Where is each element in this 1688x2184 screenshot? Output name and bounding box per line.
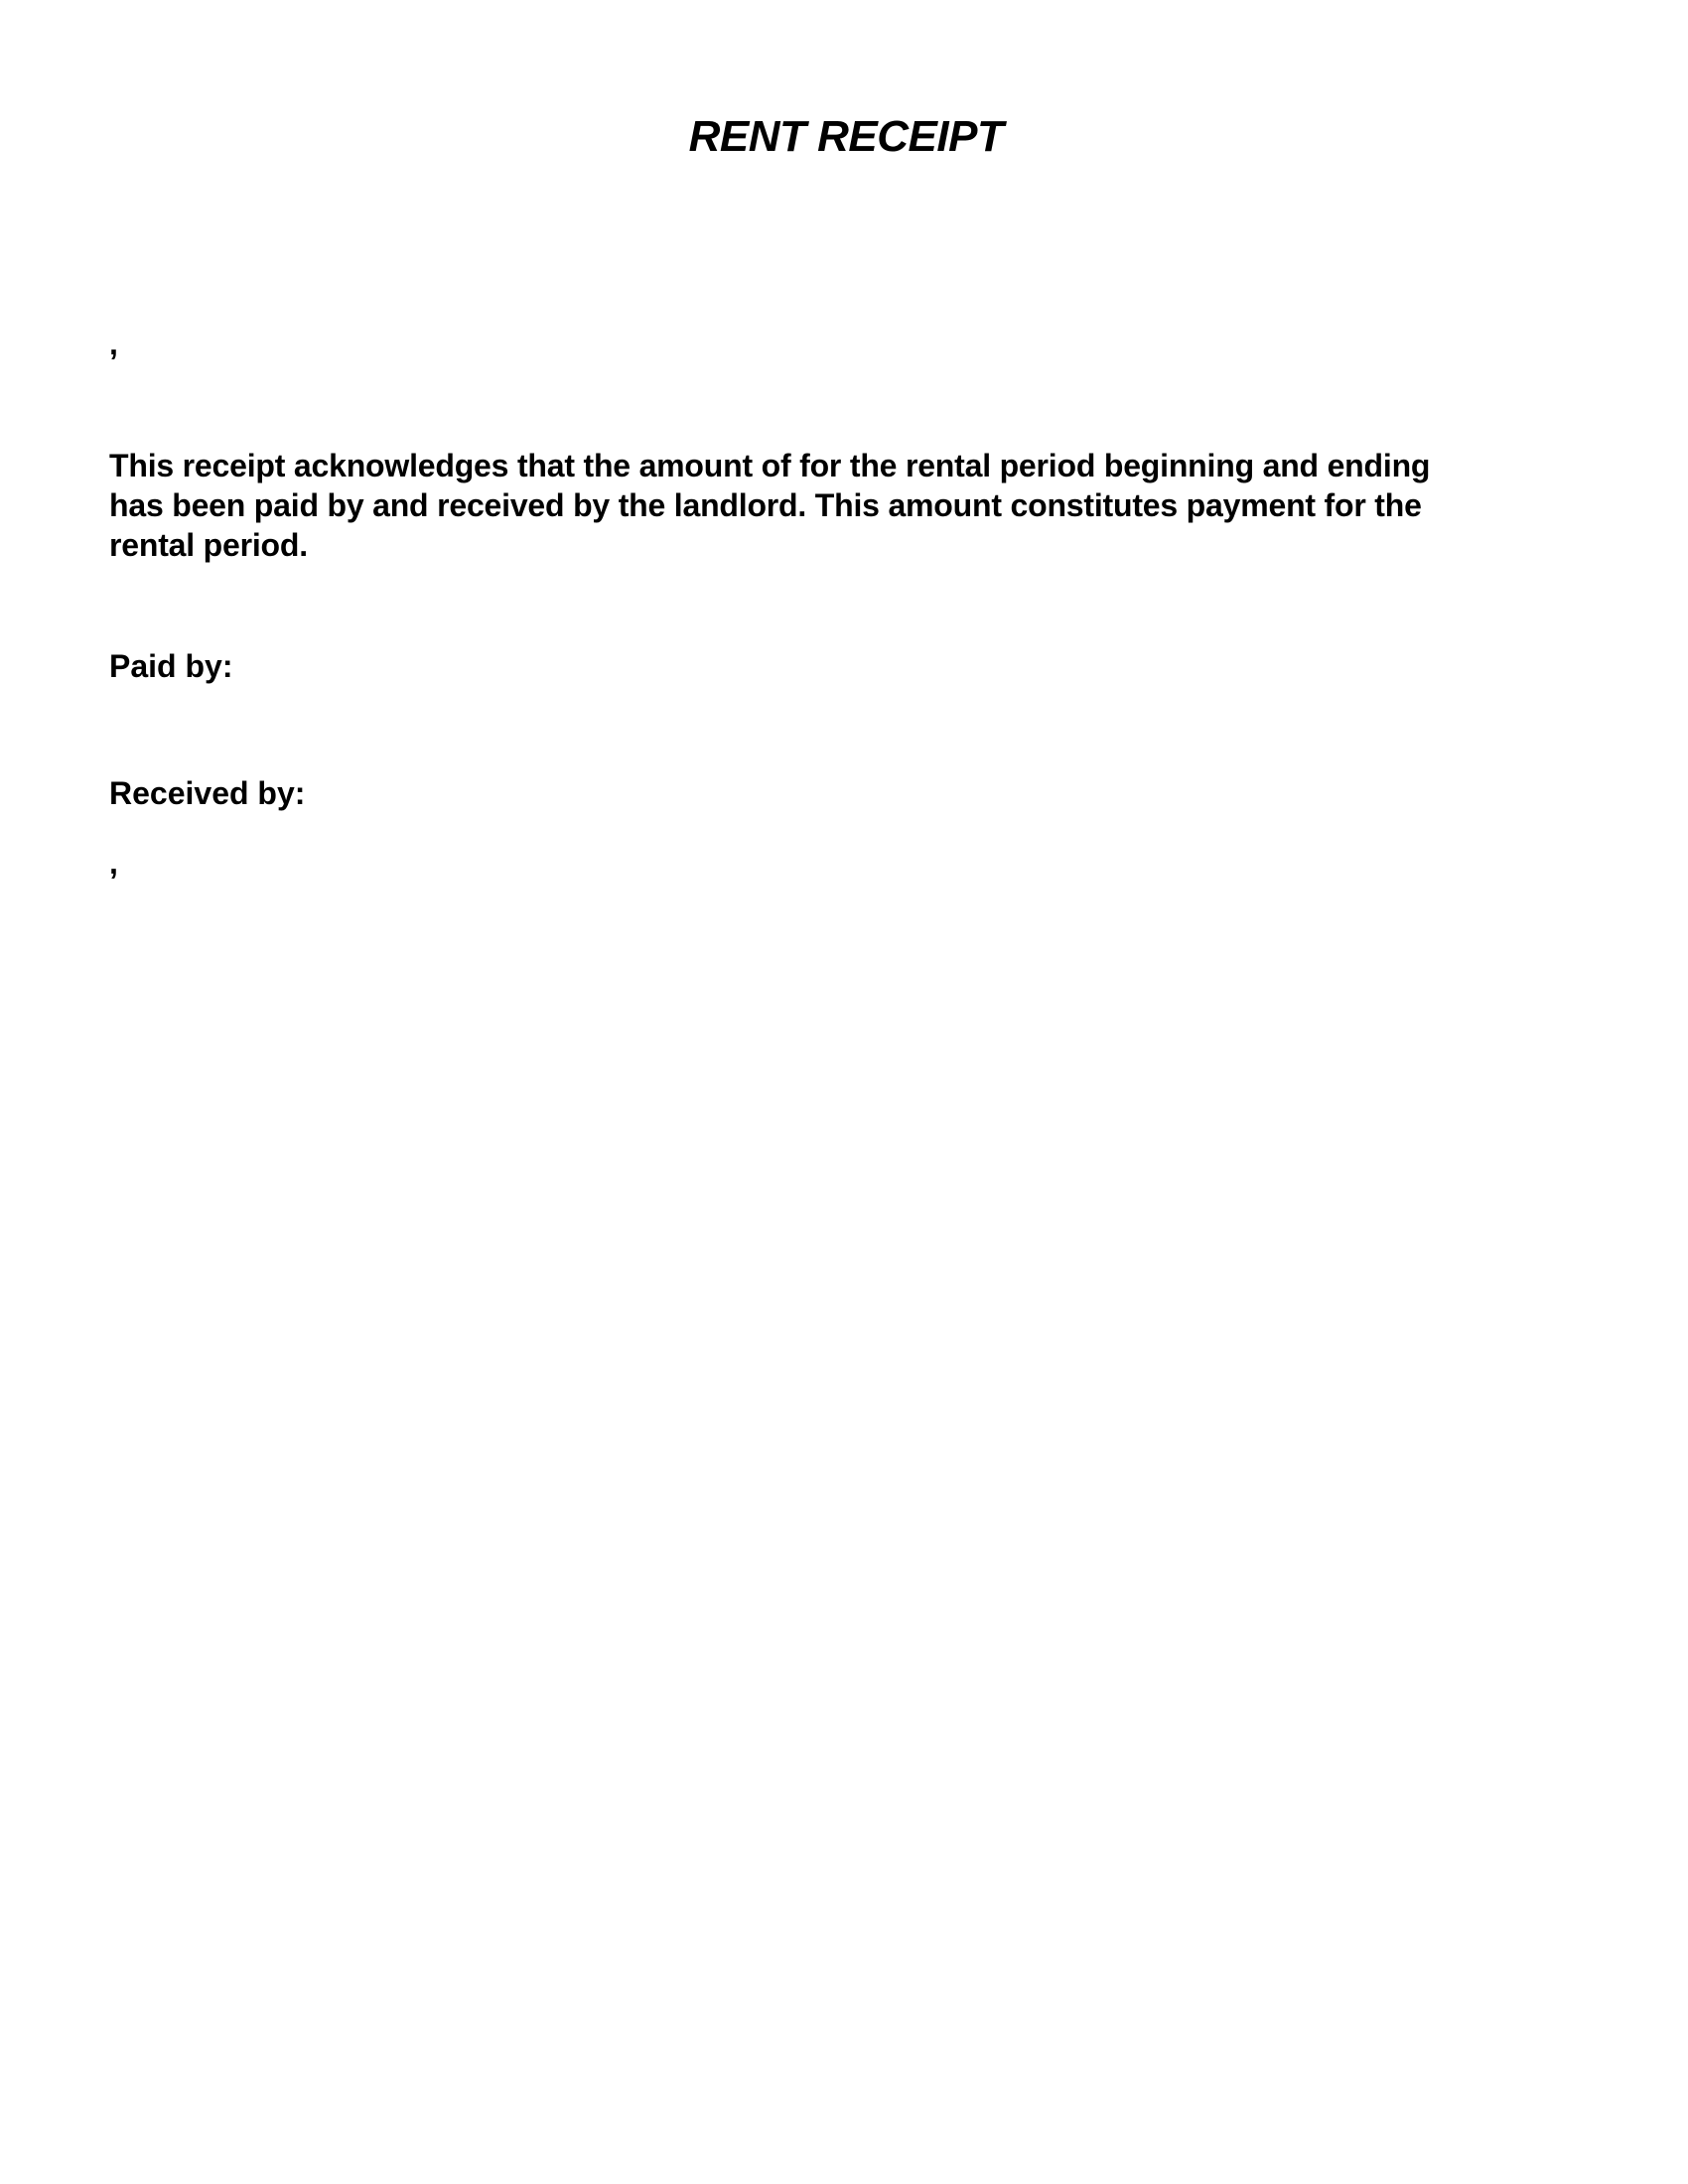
received-by-label: Received by: — [109, 773, 305, 813]
body-line: has been paid by and received by the lan… — [109, 485, 1499, 525]
receipt-body: This receipt acknowledges that the amoun… — [109, 446, 1499, 565]
title-text: RENT RECEIPT — [689, 111, 1004, 163]
document-title: RENT RECEIPT — [0, 111, 1688, 163]
bottom-comma: , — [109, 843, 118, 883]
body-line: rental period. — [109, 525, 1499, 565]
paid-by-label: Paid by: — [109, 646, 232, 686]
top-comma: , — [109, 324, 118, 363]
body-line: This receipt acknowledges that the amoun… — [109, 446, 1499, 485]
